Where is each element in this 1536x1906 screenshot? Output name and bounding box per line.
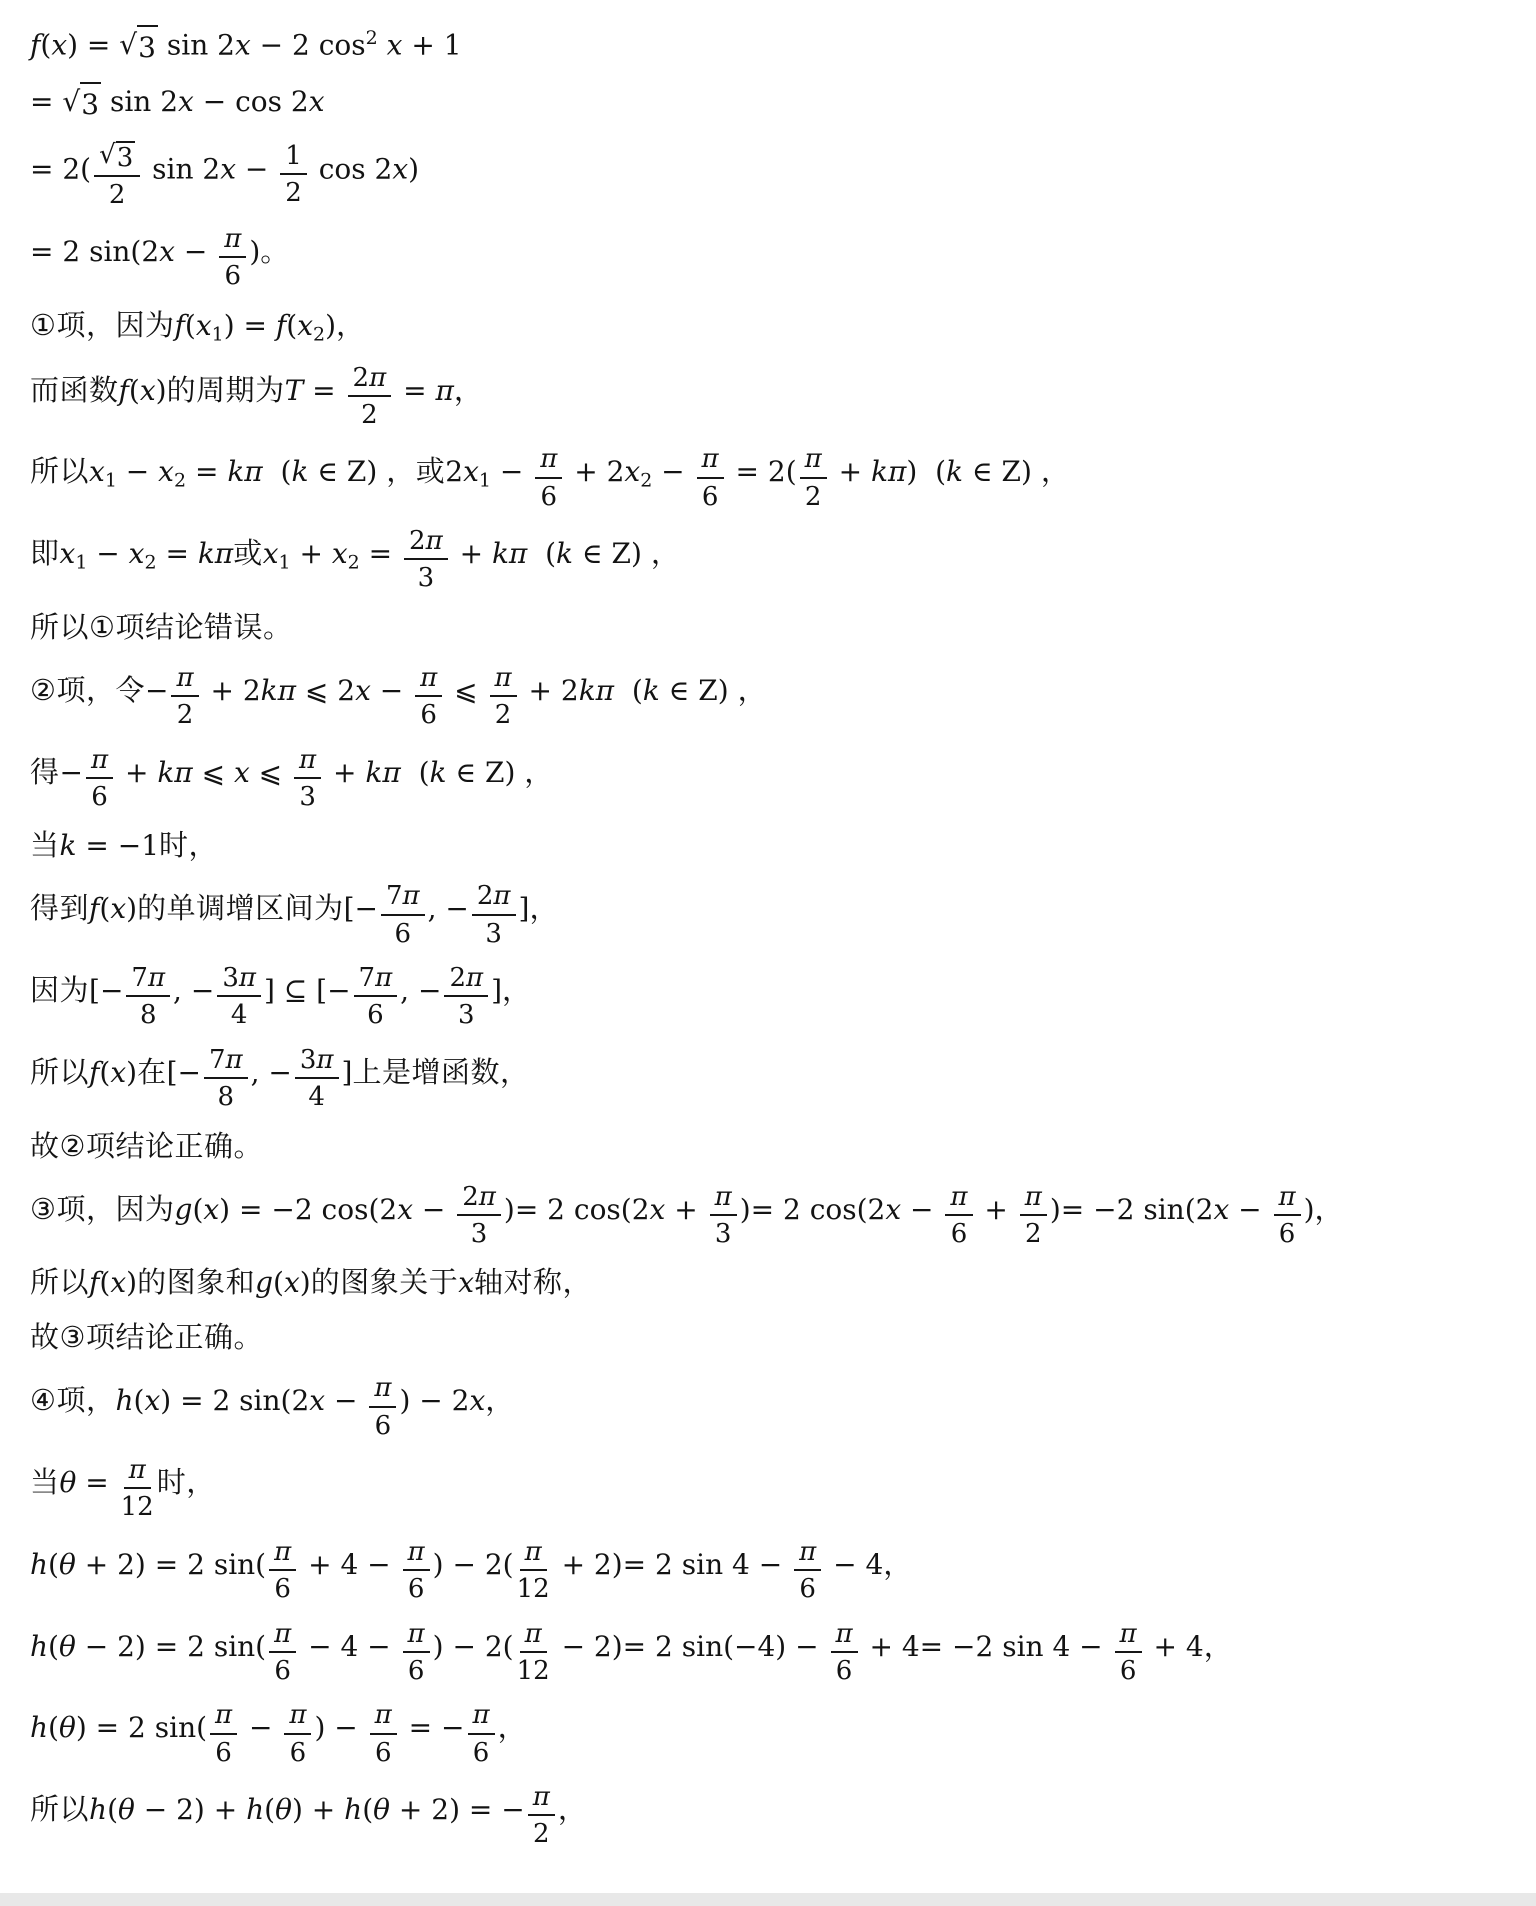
math-symbol: [− [89, 974, 123, 1007]
math-symbol: 6 [951, 1219, 968, 1249]
math-variable: π [129, 1455, 146, 1485]
prose-text: ， [529, 893, 559, 925]
solution-line-19: 故③项结论正确。 [30, 1317, 1520, 1359]
fraction-denominator: 4 [231, 997, 248, 1030]
fraction: 2π2 [348, 362, 392, 431]
math-symbol: 2 [285, 178, 302, 208]
fraction-numerator: π [520, 1618, 547, 1653]
math-symbol: ) ( [906, 455, 946, 488]
fraction-denominator: 6 [215, 1735, 232, 1768]
math-symbol: ( [48, 1630, 59, 1663]
math-symbol: + 1 [402, 28, 461, 61]
fraction-numerator: 2π [472, 880, 516, 915]
math-symbol: 7 [209, 1045, 226, 1075]
solution-line-3: = 2(√32 sin 2x − 12 cos 2x) [30, 139, 1520, 210]
math-variable: π [369, 363, 386, 393]
fraction: 7π8 [204, 1044, 248, 1113]
math-symbol: ⩽ 2 [296, 674, 355, 707]
solution-line-17: ③项，因为g(x) = −2 cos(2x − 2π3)= 2 cos(2x +… [30, 1181, 1520, 1250]
solution-line-13: 得到f(x)的单调增区间为[−7π6, −2π3]， [30, 880, 1520, 949]
subscript: 1 [75, 551, 87, 573]
math-variable: θ [59, 1630, 76, 1663]
math-variable: π [805, 444, 822, 474]
math-symbol: = [157, 537, 198, 570]
math-symbol: 3 [471, 1219, 488, 1249]
subscript: 2 [348, 551, 360, 573]
math-symbol: 6 [540, 482, 557, 512]
math-variable: x [140, 374, 156, 407]
math-symbol: 7 [131, 963, 148, 993]
math-symbol: 6 [408, 1574, 425, 1604]
fraction-denominator: 3 [458, 997, 475, 1030]
math-symbol: 2 [805, 482, 822, 512]
math-symbol: 2 [533, 1819, 550, 1849]
math-variable: π [239, 963, 256, 993]
fraction-denominator: 6 [395, 916, 412, 949]
math-symbol: 6 [274, 1574, 291, 1604]
math-symbol: 2 [449, 963, 466, 993]
fraction-denominator: 6 [836, 1653, 853, 1686]
math-symbol: ) = 2 sin(2 [160, 1384, 309, 1417]
fraction-numerator: 2π [444, 962, 488, 997]
math-symbol: sin 2 [101, 85, 178, 118]
prose-text: 当 [30, 1467, 60, 1499]
math-symbol: − 4 − [299, 1630, 399, 1663]
fraction-denominator: 6 [951, 1216, 968, 1249]
math-symbol: 1 [285, 141, 302, 171]
math-variable: π [495, 663, 512, 693]
fraction-numerator: π [369, 1372, 396, 1407]
radical-sign: √ [99, 141, 116, 170]
math-variable: π [403, 881, 420, 911]
math-variable: h [246, 1793, 264, 1826]
math-symbol: + 4 [1145, 1630, 1204, 1663]
fraction: π6 [831, 1618, 858, 1687]
math-symbol: − [652, 455, 693, 488]
subscript: 2 [640, 470, 652, 492]
fraction-numerator: √3 [94, 139, 140, 177]
math-symbol: − 2)= 2 sin(−4) − [553, 1630, 828, 1663]
prose-text: ， [485, 1385, 515, 1417]
math-symbol: 6 [274, 1656, 291, 1686]
fraction: π6 [1274, 1181, 1301, 1250]
fraction-numerator: π [468, 1699, 495, 1734]
math-variable: π [950, 1182, 967, 1212]
solution-line-15: 所以f(x)在[−7π8, −3π4]上是增函数， [30, 1044, 1520, 1113]
fraction: π6 [415, 662, 442, 731]
math-symbol: ( [527, 537, 556, 570]
math-symbol: ) [408, 152, 419, 185]
math-symbol: + [665, 1193, 706, 1226]
math-symbol: − [175, 235, 216, 268]
fraction-numerator: π [535, 443, 562, 478]
fraction-denominator: 3 [299, 779, 316, 812]
fraction: π6 [210, 1699, 237, 1768]
math-variable: x [234, 756, 250, 789]
fraction-numerator: π [124, 1454, 151, 1489]
math-symbol: ) [249, 235, 260, 268]
math-variable: π [836, 1619, 853, 1649]
fraction-numerator: 1 [280, 140, 307, 175]
fraction: 2π3 [457, 1181, 501, 1250]
math-symbol: 6 [91, 782, 108, 812]
fraction: 2π3 [472, 880, 516, 949]
fraction-numerator: 2π [348, 362, 392, 397]
math-variable: x [178, 85, 194, 118]
math-symbol: 6 [1120, 1656, 1137, 1686]
math-variable: kπ [227, 455, 262, 488]
math-symbol: 2 [1025, 1219, 1042, 1249]
solution-line-20: ④项，h(x) = 2 sin(2x − π6) − 2x， [30, 1372, 1520, 1441]
math-variable: π [408, 1619, 425, 1649]
prose-text: ，或 [386, 456, 445, 488]
math-variable: x [51, 28, 67, 61]
fraction-numerator: π [269, 1536, 296, 1571]
prose-text: ， [454, 375, 484, 407]
solution-lines-container: f(x) = √3 sin 2x − 2 cos2 x + 1= √3 sin … [30, 25, 1520, 1850]
prose-text: 当 [30, 830, 60, 862]
math-variable: π [540, 444, 557, 474]
math-symbol: − [413, 1193, 454, 1226]
fraction-numerator: π [528, 1781, 555, 1816]
math-variable: π [715, 1182, 732, 1212]
prose-text: ， [336, 310, 366, 342]
math-symbol: cos 2 [310, 152, 393, 185]
math-symbol: ] [491, 974, 502, 1007]
fraction: π6 [945, 1181, 972, 1250]
math-variable: x [624, 455, 640, 488]
math-variable: π [215, 1700, 232, 1730]
math-symbol: 6 [473, 1738, 490, 1768]
math-symbol: , − [428, 892, 469, 925]
solution-line-5: ①项，因为f(x1) = f(x2)， [30, 305, 1520, 349]
math-symbol: 6 [290, 1738, 307, 1768]
solution-line-1: f(x) = √3 sin 2x − 2 cos2 x + 1 [30, 25, 1520, 69]
solution-line-24: h(θ) = 2 sin(π6 − π6) − π6 = −π6， [30, 1699, 1520, 1768]
fraction: π6 [370, 1699, 397, 1768]
fraction: 2π3 [404, 525, 448, 594]
math-symbol: 2 [177, 700, 194, 730]
fraction-numerator: π [370, 1699, 397, 1734]
math-symbol: 6 [225, 261, 242, 291]
fraction-denominator: 2 [533, 1816, 550, 1849]
math-symbol: 3 [300, 1045, 317, 1075]
math-symbol: − [236, 152, 277, 185]
fraction-numerator: 7π [204, 1044, 248, 1079]
fraction: π3 [710, 1181, 737, 1250]
math-variable: k [946, 455, 963, 488]
math-symbol: = −1 [76, 829, 159, 862]
math-variable: π [408, 1537, 425, 1567]
fraction-numerator: 7π [354, 962, 398, 997]
math-symbol: 7 [386, 881, 403, 911]
math-variable: h [344, 1793, 362, 1826]
math-symbol: ∈ Z) [573, 537, 651, 570]
fraction-denominator: 12 [121, 1489, 154, 1522]
math-symbol: )= −2 sin(2 [1050, 1193, 1214, 1226]
math-variable: π [148, 963, 165, 993]
solution-line-23: h(θ − 2) = 2 sin(π6 − 4 − π6) − 2(π12 − … [30, 1618, 1520, 1687]
fraction-numerator: 3π [295, 1044, 339, 1079]
math-symbol: 6 [1279, 1219, 1296, 1249]
math-variable: π [226, 1045, 243, 1075]
math-variable: x [650, 1193, 666, 1226]
math-symbol: + [291, 537, 332, 570]
math-symbol: − 2) + [135, 1793, 246, 1826]
math-variable: x [60, 537, 76, 570]
solution-line-11: 得−π6 + kπ ⩽ x ⩽ π3 + kπ (k ∈ Z) ， [30, 744, 1520, 813]
fraction-numerator: π [403, 1536, 430, 1571]
radicand: 3 [137, 25, 158, 69]
math-variable: π [316, 1045, 333, 1075]
math-variable: π [525, 1537, 542, 1567]
math-variable: x [89, 455, 105, 488]
prose-text: 即 [30, 538, 60, 570]
prose-text: 得到 [30, 893, 89, 925]
fraction-denominator: 6 [274, 1653, 291, 1686]
prose-text: ， [651, 538, 681, 570]
prose-text: 在 [137, 1057, 167, 1089]
math-symbol: − 4 [824, 1548, 883, 1581]
math-variable: x [159, 235, 175, 268]
math-variable: θ [275, 1793, 292, 1826]
fraction: π6 [468, 1699, 495, 1768]
fraction: π2 [800, 443, 827, 512]
fraction: π6 [403, 1536, 430, 1605]
prose-text: 。 [260, 236, 290, 268]
math-symbol: ( [362, 1793, 373, 1826]
math-symbol: − [87, 537, 128, 570]
math-symbol: = 2 sin(2 [30, 235, 159, 268]
math-variable: x [110, 1266, 126, 1299]
math-symbol: ] [342, 1056, 353, 1089]
prose-text: 而函数 [30, 375, 119, 407]
math-symbol: − [371, 674, 412, 707]
prose-text: ， [738, 675, 768, 707]
math-symbol: ( [40, 28, 51, 61]
math-variable: x [144, 1384, 160, 1417]
math-symbol: − cos 2 [194, 85, 309, 118]
fraction-denominator: 6 [375, 1408, 392, 1441]
math-variable: x [110, 892, 126, 925]
math-symbol: 6 [799, 1574, 816, 1604]
math-symbol: = [360, 537, 401, 570]
solution-line-12: 当k = −1时， [30, 825, 1520, 867]
fraction: π3 [294, 744, 321, 813]
square-root: √3 [62, 82, 101, 126]
math-symbol: 3 [299, 782, 316, 812]
prose-text: 得 [30, 757, 60, 789]
math-symbol: ) − 2( [433, 1630, 514, 1663]
math-variable: x [1213, 1193, 1229, 1226]
math-variable: f [89, 1266, 99, 1299]
math-symbol: ⩽ [445, 674, 486, 707]
math-symbol: sin 2 [143, 152, 220, 185]
superscript: 2 [366, 27, 378, 49]
math-variable: x [129, 537, 145, 570]
prose-text: 上是增函数， [352, 1057, 529, 1089]
fraction: π12 [517, 1618, 550, 1687]
math-symbol: 2 [361, 400, 378, 430]
math-variable: x [332, 537, 348, 570]
math-symbol: ) [156, 374, 167, 407]
prose-text: ， [524, 757, 554, 789]
fraction-numerator: π [1115, 1618, 1142, 1653]
math-symbol: ∈ Z) [963, 455, 1041, 488]
fraction-numerator: 2π [457, 1181, 501, 1216]
fraction-numerator: π [219, 223, 246, 258]
math-symbol: ( [263, 455, 292, 488]
fraction-numerator: π [794, 1536, 821, 1571]
subscript: 2 [144, 551, 156, 573]
fraction-numerator: π [1020, 1181, 1047, 1216]
fraction-denominator: 6 [408, 1571, 425, 1604]
math-symbol: − [901, 1193, 942, 1226]
math-symbol: + 2 [202, 674, 261, 707]
math-variable: x [309, 85, 325, 118]
math-variable: x [203, 1193, 219, 1226]
math-symbol: ( [134, 1384, 145, 1417]
math-symbol: + [830, 455, 871, 488]
solution-line-6: 而函数f(x)的周期为T = 2π2 = π， [30, 362, 1520, 431]
math-variable: f [30, 28, 40, 61]
math-symbol: sin 2 [158, 28, 235, 61]
fraction-numerator: 7π [126, 962, 170, 997]
fraction-numerator: π [284, 1699, 311, 1734]
math-variable: π [702, 444, 719, 474]
prose-text: 故②项结论正确。 [30, 1131, 263, 1163]
math-variable: π [479, 1182, 496, 1212]
math-symbol: 3 [458, 1000, 475, 1030]
radicand: 3 [80, 82, 101, 126]
math-variable: π [533, 1782, 550, 1812]
prose-text: ， [498, 1712, 528, 1744]
fraction: π2 [528, 1781, 555, 1850]
math-symbol: 6 [395, 919, 412, 949]
math-symbol: = 2( [727, 455, 797, 488]
square-root: √3 [119, 25, 158, 69]
math-symbol: ] ⊆ [− [264, 974, 351, 1007]
math-symbol: [− [344, 892, 378, 925]
math-symbol: 12 [121, 1492, 154, 1522]
math-symbol: 6 [367, 1000, 384, 1030]
math-symbol: ⩽ [193, 756, 234, 789]
math-variable: x [387, 28, 403, 61]
math-symbol: ⩽ [250, 756, 291, 789]
math-variable: k [643, 674, 660, 707]
math-variable: kπ [871, 455, 906, 488]
fraction-denominator: 6 [540, 479, 557, 512]
math-symbol: ) − 2 [399, 1384, 469, 1417]
fraction-numerator: 2π [404, 525, 448, 560]
math-variable: π [374, 1373, 391, 1403]
math-variable: π [466, 963, 483, 993]
math-symbol: − [60, 756, 83, 789]
prose-text: ， [1204, 1631, 1234, 1663]
math-symbol: ( [129, 374, 140, 407]
math-variable: kπ [492, 537, 527, 570]
prose-text: 时， [157, 1467, 216, 1499]
math-variable: π [525, 1619, 542, 1649]
math-variable: x [469, 1384, 485, 1417]
fraction-numerator: π [697, 443, 724, 478]
fraction: π6 [1115, 1618, 1142, 1687]
math-variable: f [119, 374, 129, 407]
math-variable: x [458, 1266, 474, 1299]
fraction: 7π8 [126, 962, 170, 1031]
prose-text: ①项，因为 [30, 310, 175, 342]
math-variable: h [89, 1793, 107, 1826]
fraction-denominator: 2 [177, 697, 194, 730]
prose-text: ④项， [30, 1385, 116, 1417]
math-variable: x [297, 309, 313, 342]
solution-line-14: 因为[−7π8, −3π4] ⊆ [−7π6, −2π3]， [30, 962, 1520, 1031]
math-symbol: + 2 [565, 455, 624, 488]
math-variable: x [235, 28, 251, 61]
math-variable: f [175, 309, 185, 342]
solution-line-8: 即x1 − x2 = kπ或x1 + x2 = 2π3 + kπ (k ∈ Z)… [30, 525, 1520, 594]
fraction-denominator: 2 [285, 175, 302, 208]
prose-text: ， [1041, 456, 1071, 488]
math-symbol: + [116, 756, 157, 789]
prose-text: 故③项结论正确。 [30, 1322, 263, 1354]
math-symbol: 6 [375, 1411, 392, 1441]
math-symbol: 6 [375, 1738, 392, 1768]
math-symbol: ( [48, 1548, 59, 1581]
fraction-denominator: 3 [715, 1216, 732, 1249]
prose-text: 所以①项结论错误。 [30, 612, 293, 644]
math-symbol: = [76, 1466, 117, 1499]
math-variable: π [375, 1700, 392, 1730]
math-symbol: )= 2 cos(2 [740, 1193, 886, 1226]
math-variable: x [263, 537, 279, 570]
fraction-numerator: π [86, 744, 113, 779]
math-symbol: 6 [408, 1656, 425, 1686]
math-symbol: 6 [420, 700, 437, 730]
math-symbol: − 2 cos [251, 28, 366, 61]
math-variable: k [291, 455, 308, 488]
math-symbol: ) − 2( [433, 1548, 514, 1581]
fraction: π6 [697, 443, 724, 512]
fraction: 3π4 [217, 962, 261, 1031]
prose-text: ， [502, 975, 532, 1007]
math-symbol: 2 [109, 180, 126, 210]
fraction-denominator: 6 [408, 1653, 425, 1686]
fraction-denominator: 6 [367, 997, 384, 1030]
math-variable: π [1120, 1619, 1137, 1649]
math-variable: x [196, 309, 212, 342]
math-variable: k [60, 829, 77, 862]
math-variable: θ [118, 1793, 135, 1826]
math-symbol: ( [273, 1266, 284, 1299]
math-variable: θ [59, 1711, 76, 1744]
math-variable: x [885, 1193, 901, 1226]
math-symbol: − [145, 674, 168, 707]
math-symbol: ( [401, 756, 430, 789]
solution-line-22: h(θ + 2) = 2 sin(π6 + 4 − π6) − 2(π12 + … [30, 1536, 1520, 1605]
math-symbol: = − [400, 1711, 465, 1744]
subscript: 1 [212, 323, 224, 345]
fraction: π6 [269, 1536, 296, 1605]
prose-text: ②项，令 [30, 675, 145, 707]
math-symbol: 6 [702, 482, 719, 512]
math-variable: h [30, 1711, 48, 1744]
math-symbol: ∈ Z) [446, 756, 524, 789]
fraction-denominator: 3 [485, 916, 502, 949]
math-variable: π [1279, 1182, 1296, 1212]
math-symbol: ( [264, 1793, 275, 1826]
solution-line-25: 所以h(θ − 2) + h(θ) + h(θ + 2) = −π2， [30, 1781, 1520, 1850]
